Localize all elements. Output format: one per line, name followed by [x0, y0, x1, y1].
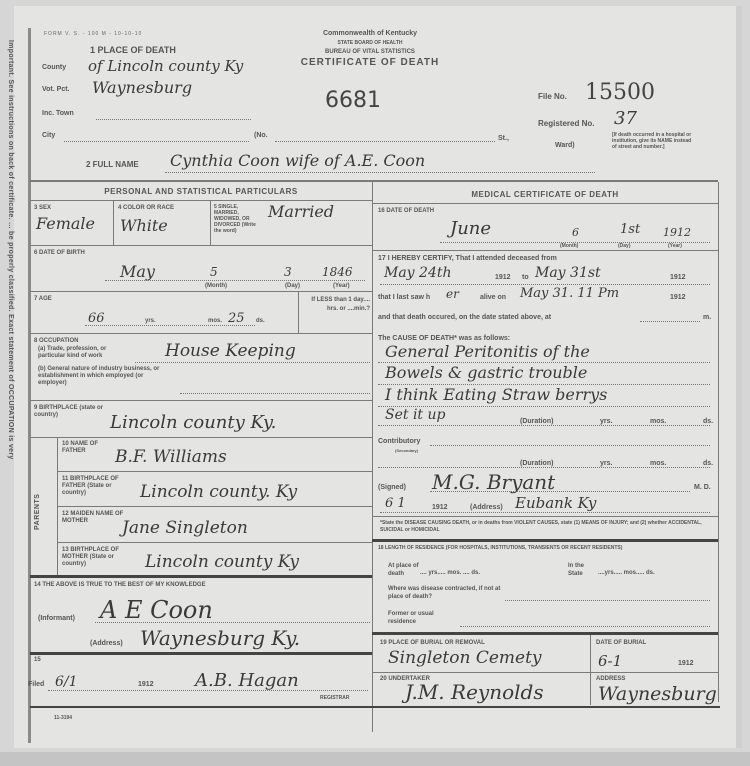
- to-label: to: [522, 274, 529, 281]
- alive-on-label: alive on: [480, 294, 506, 301]
- form-number: FORM V. S. - 100 M - 10-10-10: [44, 31, 142, 37]
- city-label: City: [42, 132, 55, 139]
- street-line: [275, 141, 495, 142]
- file-no: 15500: [585, 80, 655, 105]
- burial-date-label: DATE OF BURIAL: [596, 640, 646, 647]
- registrar-label: REGISTRAR: [320, 695, 349, 702]
- father-birthplace-value: Lincoln county. Ky: [140, 482, 297, 502]
- burial-year: 1912: [678, 660, 694, 667]
- dod-month-caption: (Month): [560, 243, 578, 250]
- signed-date: 6 1: [385, 496, 406, 511]
- rule: [210, 200, 211, 245]
- informant-label: (Informant): [38, 615, 75, 622]
- rule: [298, 291, 299, 333]
- rule: [30, 200, 372, 201]
- marital-value: Married: [268, 202, 334, 221]
- vot-pct-value: Waynesburg: [92, 78, 192, 97]
- signed-year: 1912: [432, 504, 448, 511]
- age-label: 7 AGE: [34, 296, 52, 303]
- commonwealth-heading: Commonwealth of Kentucky: [260, 30, 480, 37]
- informant-statement: 14 THE ABOVE IS TRUE TO THE BEST OF MY K…: [34, 582, 206, 589]
- occupation-label: 8 OCCUPATION: [34, 338, 78, 345]
- last-saw-label: that I last saw h: [378, 294, 430, 301]
- year1: 1912: [495, 274, 511, 281]
- rule: [590, 635, 591, 705]
- duration-mos: mos.: [650, 418, 666, 425]
- rule: [30, 245, 372, 246]
- occupation-b-label: (b) General nature of industry business,…: [38, 366, 163, 387]
- rule: [30, 400, 372, 401]
- residence-label: 18 LENGTH OF RESIDENCE (FOR HOSPITALS, I…: [378, 545, 713, 551]
- year-caption: (Year): [333, 283, 350, 290]
- contributory-duration-line: [378, 467, 710, 468]
- occupation-b-line: [180, 393, 370, 394]
- burial-date-value: 6-1: [598, 652, 622, 670]
- race-label: 4 COLOR OR RACE: [118, 205, 174, 212]
- m-label: m.: [703, 314, 711, 321]
- contracted-line: [505, 600, 710, 601]
- age-days: 25: [228, 311, 245, 326]
- dob-day: 3: [284, 265, 292, 279]
- duration-label: (Duration): [520, 418, 553, 425]
- certificate-title: CERTIFICATE OF DEATH: [260, 57, 480, 68]
- rule: [30, 291, 372, 292]
- county-value: of Lincoln county Ky: [88, 57, 243, 75]
- contributory-label: Contributory: [378, 438, 420, 445]
- age-mos-label: mos.: [208, 318, 222, 325]
- contributory-line: [430, 445, 710, 446]
- duration-ds: ds.: [703, 418, 713, 425]
- in-state-units: ....yrs..... mos..... ds.: [598, 570, 655, 577]
- duration2-yrs: yrs.: [600, 460, 612, 467]
- physician-address-label: (Address): [470, 504, 503, 511]
- rule: [30, 437, 372, 438]
- race-value: White: [120, 216, 168, 235]
- secondary-label: (Secondary): [395, 447, 418, 454]
- rule: [30, 333, 372, 334]
- dod-day-caption: (Day): [618, 243, 631, 250]
- filed-label: Filed: [28, 681, 44, 688]
- ward-label: Ward): [555, 142, 575, 149]
- informant-address-value: Waynesburg Ky.: [140, 626, 300, 650]
- rule: [57, 506, 372, 507]
- burial-place-value: Singleton Cemety: [388, 648, 542, 668]
- top-rule: [30, 180, 718, 182]
- rule: [30, 575, 372, 578]
- rule: [372, 632, 718, 635]
- dod-label: 16 DATE OF DEATH: [378, 208, 434, 215]
- less-than-day: If LESS than 1 day.... hrs. or ....min.?: [302, 296, 370, 314]
- undertaker-address-label: ADDRESS: [596, 676, 625, 683]
- inc-town-label: Inc. Town: [42, 110, 74, 117]
- cause-dots: [378, 425, 710, 426]
- county-label: County: [42, 64, 66, 71]
- father-name-label: 10 NAME OF FATHER: [62, 441, 107, 455]
- occurred-label: and that death occured, on the date stat…: [378, 314, 551, 321]
- dod-extra: 6: [572, 226, 579, 239]
- duration-yrs: yrs.: [600, 418, 612, 425]
- stamp-number: 6681: [325, 88, 381, 113]
- informant-value: A E Coon: [100, 596, 213, 624]
- dob-year: 1846: [322, 265, 353, 279]
- registered-no: 37: [614, 108, 637, 129]
- day-caption: (Day): [285, 283, 300, 290]
- scan-edge: [0, 752, 750, 766]
- year2: 1912: [670, 274, 686, 281]
- right-border: [718, 182, 719, 702]
- mother-birthplace-value: Lincoln county Ky: [145, 552, 299, 572]
- former-residence-line: [460, 626, 710, 627]
- dob-extra: 5: [210, 265, 218, 279]
- birthplace-value: Lincoln county Ky.: [110, 412, 276, 433]
- city-line: [64, 141, 249, 142]
- attended-to: May 31st: [535, 265, 601, 281]
- bureau-heading: BUREAU OF VITAL STATISTICS: [260, 49, 480, 55]
- signed-line: [430, 491, 690, 492]
- board-heading: STATE BOARD OF HEALTH: [260, 40, 480, 46]
- duration2-label: (Duration): [520, 460, 553, 467]
- informant-address-label: (Address): [90, 640, 123, 647]
- file-no-label: File No.: [538, 92, 567, 101]
- sex-value: Female: [36, 214, 95, 233]
- filed-field-no: 15: [34, 657, 41, 664]
- full-name-line: [165, 172, 595, 173]
- rule: [372, 539, 718, 542]
- mother-name-value: Jane Singleton: [122, 518, 248, 538]
- address-line: [380, 512, 710, 513]
- birthplace-label: 9 BIRTHPLACE (state or country): [34, 405, 104, 419]
- filed-date: 6/1: [55, 674, 78, 690]
- occupation-a-line: [135, 362, 370, 363]
- street-no-label: (No.: [254, 132, 268, 139]
- time-line: [640, 321, 700, 322]
- at-place-units: .... yrs..... mos. .... ds.: [420, 570, 480, 577]
- registrar-signature: A.B. Hagan: [195, 670, 299, 691]
- cause-footnote: *State the DISEASE CAUSING DEATH, or in …: [380, 520, 715, 534]
- left-border-rule: [28, 28, 31, 743]
- alive-on-value: May 31. 11 Pm: [520, 286, 619, 301]
- mother-birthplace-label: 13 BIRTHPLACE OF MOTHER (State or countr…: [62, 547, 122, 568]
- year3: 1912: [670, 294, 686, 301]
- in-state-label: In the State: [568, 562, 598, 578]
- rule: [57, 471, 372, 472]
- duration2-mos: mos.: [650, 460, 666, 467]
- rule: [372, 203, 718, 204]
- rule: [372, 672, 718, 673]
- personal-heading: PERSONAL AND STATISTICAL PARTICULARS: [30, 187, 372, 196]
- burial-place-label: 19 PLACE OF BURIAL OR REMOVAL: [380, 640, 485, 647]
- undertaker-signature: J.M. Reynolds: [405, 680, 544, 704]
- rule: [30, 652, 372, 655]
- cause-line-4: Set it up: [385, 407, 445, 423]
- dod-day: 1st: [620, 222, 640, 237]
- informant-line: [95, 622, 370, 623]
- certify-label: 17 I HEREBY CERTIFY, That I attended dec…: [378, 255, 557, 262]
- age-yrs-label: yrs.: [145, 318, 156, 325]
- rule: [57, 542, 372, 543]
- full-name-label: 2 FULL NAME: [86, 160, 139, 169]
- registered-no-label: Registered No.: [538, 119, 594, 128]
- contracted-label: Where was disease contracted, if not at …: [388, 585, 508, 601]
- filed-line: [48, 690, 368, 691]
- hospital-note: [If death occurred in a hospital or inst…: [612, 132, 696, 150]
- age-line: [85, 325, 255, 326]
- place-of-death-heading: 1 PLACE OF DEATH: [90, 45, 176, 55]
- month-caption: (Month): [205, 283, 227, 290]
- dob-label: 6 DATE OF BIRTH: [34, 250, 85, 257]
- inc-town-line: [96, 119, 251, 120]
- rule: [30, 706, 720, 708]
- former-residence-label: Former or usual residence: [388, 610, 448, 626]
- full-name-value: Cynthia Coon wife of A.E. Coon: [170, 151, 425, 170]
- undertaker-address: Waynesburg: [598, 683, 717, 705]
- last-saw-pronoun: er: [446, 287, 459, 301]
- physician-address: Eubank Ky: [515, 494, 596, 512]
- vot-pct-label: Vot. Pct.: [42, 86, 69, 93]
- duration2-ds: ds.: [703, 460, 713, 467]
- center-divider: [372, 182, 373, 732]
- attended-line: [380, 284, 710, 285]
- cause-line-3: I think Eating Straw berrys: [385, 385, 607, 404]
- dod-year-caption: (Year): [668, 243, 682, 250]
- occupation-a-value: House Keeping: [165, 341, 296, 361]
- parents-label: PARENTS: [34, 440, 54, 575]
- medical-heading: MEDICAL CERTIFICATE OF DEATH: [372, 190, 718, 199]
- age-years: 66: [88, 311, 105, 326]
- rule: [372, 250, 718, 251]
- attended-from: May 24th: [384, 265, 452, 281]
- sex-label: 3 SEX: [34, 205, 51, 212]
- signed-label: (Signed): [378, 484, 406, 491]
- rule: [113, 200, 114, 245]
- marital-label: 5 SINGLE, MARRIED, WIDOWED, OR DIVORCED …: [214, 204, 264, 234]
- filed-year: 1912: [138, 681, 154, 688]
- margin-instructions: Important. See instructions on back of c…: [2, 40, 16, 720]
- st-label: St.,: [498, 135, 509, 142]
- age-ds-label: ds.: [256, 318, 265, 325]
- cause-label: The CAUSE OF DEATH* was as follows:: [378, 335, 510, 342]
- father-name-value: B.F. Williams: [115, 447, 227, 467]
- rule: [372, 516, 718, 517]
- cause-line-1: General Peritonitis of the: [385, 342, 590, 361]
- dob-month: May: [120, 262, 155, 281]
- dod-year: 1912: [663, 226, 691, 239]
- occupation-a-label: (a) Trade, profession, or particular kin…: [38, 346, 133, 360]
- footer-code: 11-3194: [54, 715, 72, 722]
- dod-month: June: [450, 218, 491, 239]
- cause-line-2: Bowels & gastric trouble: [385, 363, 587, 382]
- dob-line: [105, 280, 365, 281]
- md-label: M. D.: [694, 484, 711, 491]
- father-birthplace-label: 11 BIRTHPLACE OF FATHER (State or countr…: [62, 476, 122, 497]
